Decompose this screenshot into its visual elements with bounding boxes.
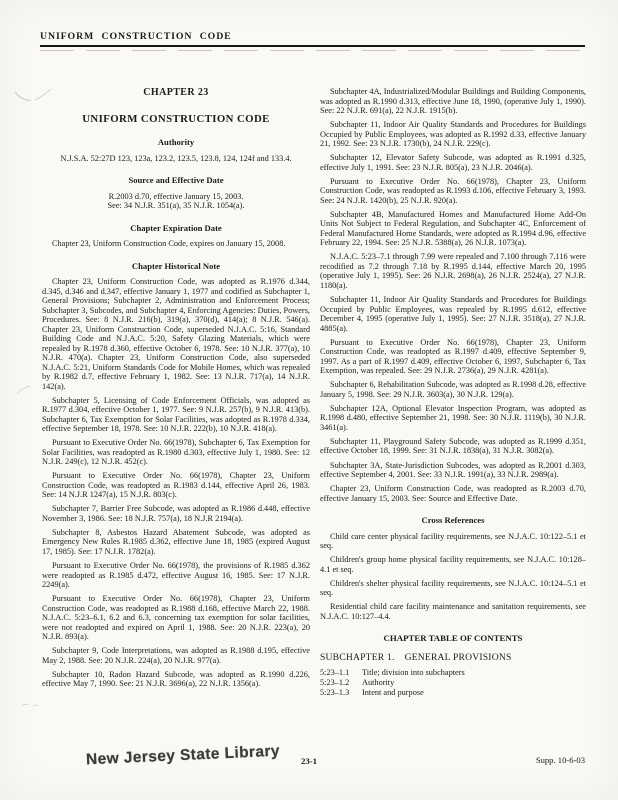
historical-paragraph: Subchapter 11, Playground Safety Subcode… [320,437,586,456]
chapter-number-heading: CHAPTER 23 [42,88,310,98]
two-column-content: CHAPTER 23 UNIFORM CONSTRUCTION CODE Aut… [42,86,586,746]
historical-paragraph: Subchapter 9, Code Interpretations, was … [42,646,310,665]
historical-paragraph: Subchapter 11, Indoor Air Quality Standa… [320,295,586,333]
historical-paragraph: Pursuant to Executive Order No. 66(1978)… [320,338,586,376]
toc-entry-number: 5:23–1.3 [320,688,362,698]
historical-paragraph: Pursuant to Executive Order No. 66(1978)… [42,594,310,642]
historical-paragraph: Chapter 23, Uniform Construction Code, w… [42,277,310,391]
cross-references-heading: Cross References [320,516,586,526]
toc-entry: 5:23–1.2 Authority [320,678,586,688]
toc-entry-number: 5:23–1.2 [320,678,362,688]
cross-reference-item: Children's shelter physical facility req… [320,579,586,598]
right-column: Subchapter 4A, Industrialized/Modular Bu… [320,86,586,746]
historical-paragraph: Subchapter 5, Licensing of Code Enforcem… [42,396,310,434]
page-number: 23-1 [0,756,618,766]
historical-paragraph: Subchapter 4B, Manufactured Homes and Ma… [320,210,586,248]
pencil-mark [20,698,42,710]
header-rule [40,45,585,47]
historical-paragraph: Subchapter 6, Rehabilitation Subcode, wa… [320,380,586,399]
authority-heading: Authority [42,138,310,148]
historical-paragraph: Pursuant to Executive Order No. 66(1978)… [320,177,586,206]
historical-paragraph: Pursuant to Executive Order No. 66(1978)… [42,438,310,467]
historical-paragraph: Pursuant to Executive Order No. 66(1978)… [42,471,310,500]
document-page: UNIFORM CONSTRUCTION CODE CHAPTER 23 UNI… [0,0,618,800]
expiration-text: Chapter 23, Uniform Construction Code, e… [42,239,310,249]
source-line: See: 34 N.J.R. 351(a), 35 N.J.R. 1054(a)… [42,201,310,211]
expiration-heading: Chapter Expiration Date [42,224,310,234]
toc-entry-title: Intent and purpose [362,688,586,698]
historical-paragraph: Pursuant to Executive Order No. 66(1978)… [42,561,310,590]
chapter-toc-heading: CHAPTER TABLE OF CONTENTS [320,634,586,644]
source-heading: Source and Effective Date [42,176,310,186]
toc-entry-title: Title; division into subchapters [362,668,586,678]
toc-entry-title: Authority [362,678,586,688]
cross-reference-item: Residential child care facility maintena… [320,602,586,621]
running-header-title: UNIFORM CONSTRUCTION CODE [40,31,585,42]
subchapter-title: GENERAL PROVISIONS [405,652,512,663]
toc-entry: 5:23–1.3 Intent and purpose [320,688,586,698]
source-line: R.2003 d.70, effective January 15, 2003. [42,192,310,202]
historical-paragraph: N.J.A.C. 5:23–7.1 through 7.99 were repe… [320,252,586,290]
historical-paragraph: Chapter 23, Uniform Construction Code, w… [320,484,586,503]
subchapter-label: SUBCHAPTER 1. [320,652,395,663]
historical-paragraph: Subchapter 3A, State-Jurisdiction Subcod… [320,461,586,480]
header-rule-smudge [40,50,585,51]
historical-paragraph: Subchapter 4A, Industrialized/Modular Bu… [320,87,586,116]
cross-reference-item: Child care center physical facility requ… [320,532,586,551]
cross-reference-item: Children's group home physical facility … [320,555,586,574]
historical-paragraph: Subchapter 11, Indoor Air Quality Standa… [320,120,586,149]
historical-paragraph: Subchapter 8, Asbestos Hazard Abatement … [42,528,310,557]
historical-paragraph: Subchapter 12A, Optional Elevator Inspec… [320,404,586,433]
toc-entry: 5:23–1.1 Title; division into subchapter… [320,668,586,678]
supplement-date: Supp. 10-6-03 [536,755,585,765]
historical-note-heading: Chapter Historical Note [42,262,310,272]
toc-entry-number: 5:23–1.1 [320,668,362,678]
historical-paragraph: Subchapter 7, Barrier Free Subcode, was … [42,504,310,523]
authority-text: N.J.S.A. 52:27D 123, 123a, 123.2, 123.5,… [42,154,310,164]
running-header: UNIFORM CONSTRUCTION CODE [40,31,585,51]
left-column: CHAPTER 23 UNIFORM CONSTRUCTION CODE Aut… [42,86,310,746]
historical-paragraph: Subchapter 10, Radon Hazard Subcode, was… [42,670,310,689]
historical-paragraph: Subchapter 12, Elevator Safety Subcode, … [320,153,586,172]
chapter-title: UNIFORM CONSTRUCTION CODE [42,115,310,125]
pencil-mark [14,382,34,398]
subchapter-heading: SUBCHAPTER 1.GENERAL PROVISIONS [320,653,586,663]
